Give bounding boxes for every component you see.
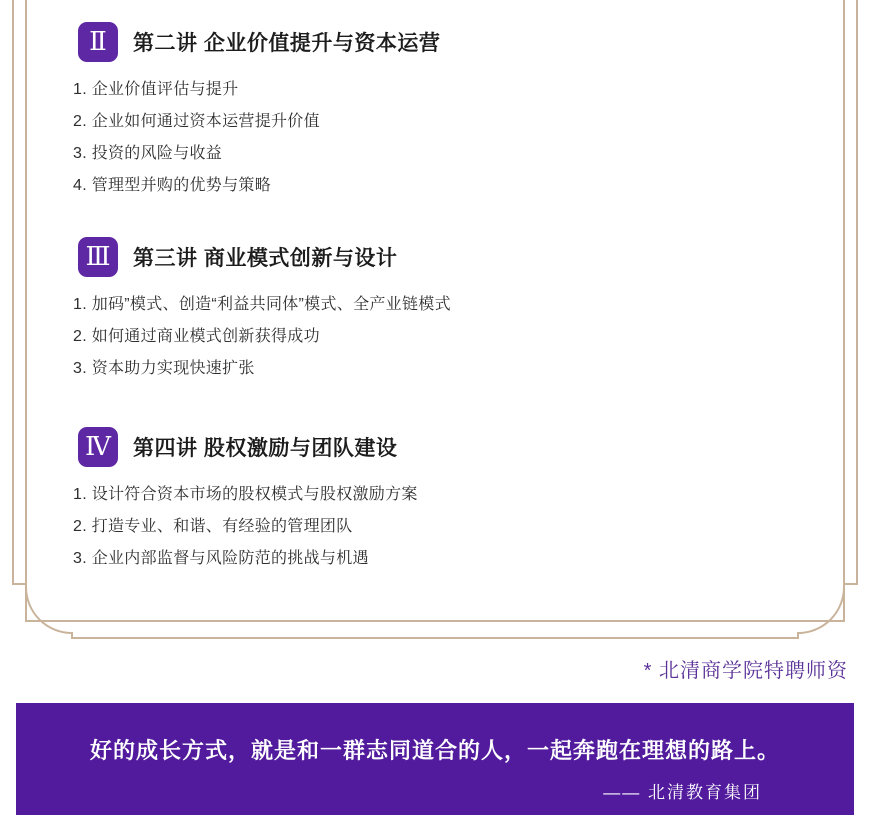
list-item: 2. 打造专业、和谐、有经验的管理团队 [73,511,793,543]
roman-numeral-iii-icon: Ⅲ [78,237,118,277]
quote-text: 好的成长方式，就是和一群志同道合的人，一起奔跑在理想的路上。 [16,734,854,765]
list-item: 2. 企业如何通过资本运营提升价值 [73,106,793,138]
section-title: 第四讲 股权激励与团队建设 [133,432,397,462]
section-header: Ⅱ 第二讲 企业价值提升与资本运营 [73,22,793,62]
section-title: 第二讲 企业价值提升与资本运营 [133,27,440,57]
faculty-footnote: * 北清商学院特聘师资 [644,654,848,683]
quote-attribution: —— 北清教育集团 [16,778,854,803]
section-item-list: 1. 设计符合资本市场的股权模式与股权激励方案 2. 打造专业、和谐、有经验的管… [73,479,793,575]
list-item: 3. 企业内部监督与风险防范的挑战与机遇 [73,543,793,575]
section-item-list: 1. 企业价值评估与提升 2. 企业如何通过资本运营提升价值 3. 投资的风险与… [73,74,793,202]
list-item: 1. 设计符合资本市场的股权模式与股权激励方案 [73,479,793,511]
section-lecture-3: Ⅲ 第三讲 商业模式创新与设计 1. 加码”模式、创造“利益共同体”模式、全产业… [73,237,793,385]
list-item: 3. 资本助力实现快速扩张 [73,353,793,385]
section-title: 第三讲 商业模式创新与设计 [133,242,397,272]
list-item: 2. 如何通过商业模式创新获得成功 [73,321,793,353]
roman-numeral-iv-icon: Ⅳ [78,427,118,467]
list-item: 1. 企业价值评估与提升 [73,74,793,106]
section-item-list: 1. 加码”模式、创造“利益共同体”模式、全产业链模式 2. 如何通过商业模式创… [73,289,793,385]
section-lecture-2: Ⅱ 第二讲 企业价值提升与资本运营 1. 企业价值评估与提升 2. 企业如何通过… [73,22,793,202]
course-poster: Ⅱ 第二讲 企业价值提升与资本运营 1. 企业价值评估与提升 2. 企业如何通过… [0,0,870,815]
quote-banner: 好的成长方式，就是和一群志同道合的人，一起奔跑在理想的路上。 —— 北清教育集团 [16,703,854,815]
list-item: 3. 投资的风险与收益 [73,138,793,170]
section-header: Ⅲ 第三讲 商业模式创新与设计 [73,237,793,277]
list-item: 4. 管理型并购的优势与策略 [73,170,793,202]
roman-numeral-ii-icon: Ⅱ [78,22,118,62]
section-lecture-4: Ⅳ 第四讲 股权激励与团队建设 1. 设计符合资本市场的股权模式与股权激励方案 … [73,427,793,575]
section-header: Ⅳ 第四讲 股权激励与团队建设 [73,427,793,467]
list-item: 1. 加码”模式、创造“利益共同体”模式、全产业链模式 [73,289,793,321]
